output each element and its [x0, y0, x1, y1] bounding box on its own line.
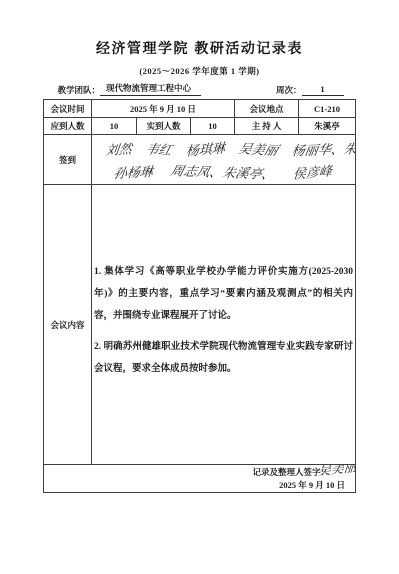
location-value: C1-210	[299, 100, 356, 118]
meta-row: 教学团队： 现代物流管理工程中心 周次： 1	[44, 82, 356, 96]
meeting-time-value: 2025 年 9 月 10 日	[91, 100, 234, 118]
scanned-form-page: 经济管理学院 教研活动记录表 (2025～2026 学年度第 1 学期) 教学团…	[0, 0, 399, 574]
meeting-content: 1. 集体学习《高等职业学校办学能力评价实施方(2025-2030 年)》的主要…	[91, 185, 355, 465]
location-label: 会议地点	[235, 100, 299, 118]
meeting-time-label: 会议时间	[43, 100, 91, 118]
signature: 刘然	[105, 138, 133, 159]
actual-count-label: 实到人数	[136, 118, 190, 135]
week-label: 周次：	[276, 84, 302, 96]
signature-line-1: 刘然 韦红 杨琪琳 吴美丽 杨丽华、朱炯	[94, 137, 353, 160]
row-meeting-time: 会议时间 2025 年 9 月 10 日 会议地点 C1-210	[43, 100, 355, 118]
expected-count-value: 10	[91, 118, 136, 135]
row-signin: 签到 刘然 韦红 杨琪琳 吴美丽 杨丽华、朱炯 孙杨琳 周志凤、朱溪亭、 侯彦峰	[43, 135, 355, 185]
row-content: 会议内容 1. 集体学习《高等职业学校办学能力评价实施方(2025-2030 年…	[43, 185, 355, 465]
signin-label: 签到	[43, 135, 91, 185]
form-subtitle: (2025～2026 学年度第 1 学期)	[0, 65, 399, 77]
team-value: 现代物流管理工程中心	[100, 82, 201, 96]
record-table: 会议时间 2025 年 9 月 10 日 会议地点 C1-210 应到人数 10…	[43, 99, 356, 493]
footer-date: 2025 年 9 月 10 日	[46, 479, 353, 491]
signature: 侯彦峰	[293, 160, 333, 183]
signature-line-2: 孙杨琳 周志凤、朱溪亭、 侯彦峰	[94, 160, 353, 183]
signature: 杨丽华、朱炯	[291, 137, 356, 159]
content-paragraph-2: 2. 明确苏州健雄职业技术学院现代物流管理专业实践专家研讨会议程，要求全体成员按…	[94, 336, 353, 380]
signature: 孙杨琳	[113, 160, 154, 181]
footer-cell: 记录及整理人签字： 吴美丽 2025 年 9 月 10 日	[43, 465, 355, 493]
signature: 吴美丽	[236, 138, 281, 159]
signature: 杨琪琳	[186, 137, 226, 160]
expected-count-label: 应到人数	[43, 118, 91, 135]
signin-signatures: 刘然 韦红 杨琪琳 吴美丽 杨丽华、朱炯 孙杨琳 周志凤、朱溪亭、 侯彦峰	[91, 135, 355, 185]
actual-count-value: 10	[190, 118, 234, 135]
content-label: 会议内容	[43, 185, 91, 465]
row-footer: 记录及整理人签字： 吴美丽 2025 年 9 月 10 日	[43, 465, 355, 493]
host-label: 主 持 人	[235, 118, 299, 135]
form-title: 经济管理学院 教研活动记录表	[0, 0, 399, 58]
team-label: 教学团队：	[58, 84, 101, 96]
recorder-line: 记录及整理人签字： 吴美丽	[46, 466, 353, 479]
signature: 韦红	[144, 138, 175, 158]
week-value: 1	[302, 84, 344, 96]
recorder-signature: 吴美丽	[317, 465, 355, 478]
content-paragraph-1: 1. 集体学习《高等职业学校办学能力评价实施方(2025-2030 年)》的主要…	[94, 261, 353, 327]
signature: 周志凤、朱溪亭、	[169, 160, 278, 182]
row-attendance: 应到人数 10 实到人数 10 主 持 人 朱溪亭	[43, 118, 355, 135]
host-value: 朱溪亭	[299, 118, 356, 135]
